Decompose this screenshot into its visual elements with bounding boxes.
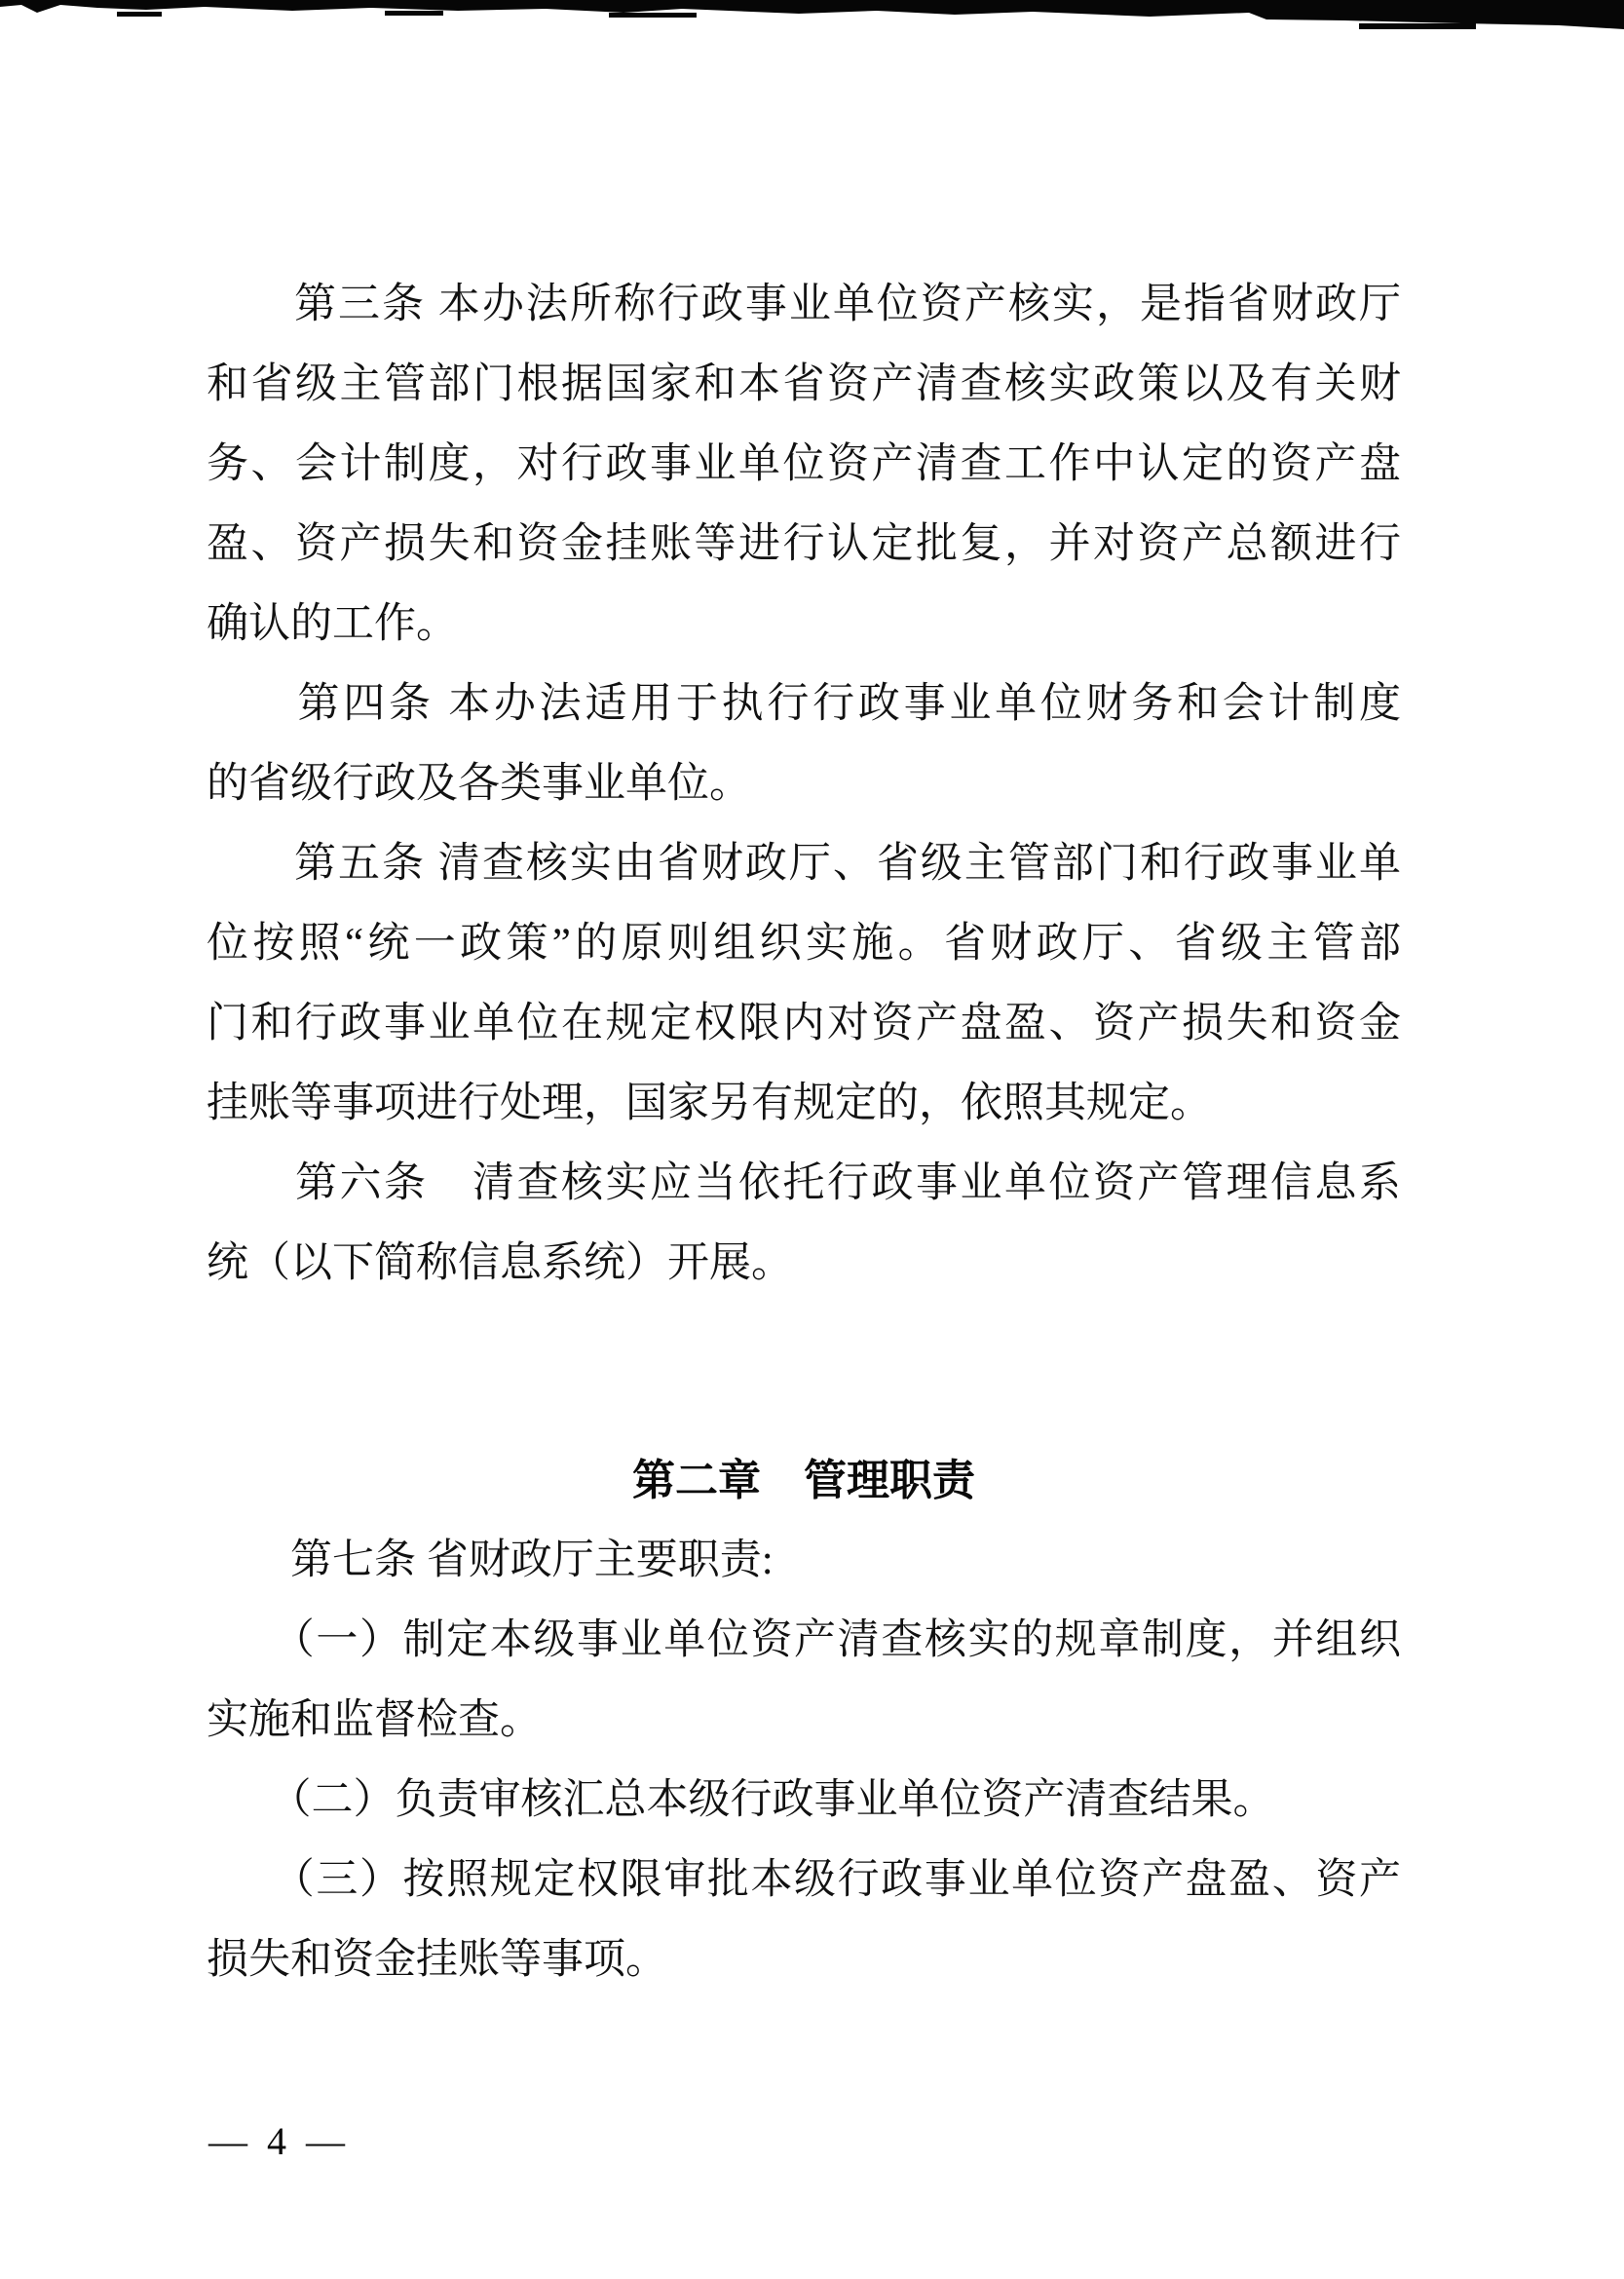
text-line: （二）负责审核汇总本级行政事业单位资产清查结果。: [207, 1761, 1401, 1841]
text-line: 的省级行政及各类事业单位。: [207, 744, 1401, 824]
text-line: 和省级主管部门根据国家和本省资产清查核实政策以及有关财: [207, 345, 1401, 425]
document-body: 第三条 本办法所称行政事业单位资产核实，是指省财政厅 和省级主管部门根据国家和本…: [207, 265, 1401, 2000]
page-number: — 4 —: [208, 2112, 345, 2171]
text-line: 损失和资金挂账等事项。: [207, 1920, 1401, 2000]
text-line: 第三条 本办法所称行政事业单位资产核实，是指省财政厅: [207, 265, 1401, 345]
text-line: 第七条 省财政厅主要职责:: [207, 1521, 1401, 1601]
text-line: 确认的工作。: [207, 585, 1401, 665]
text-line: 第四条 本办法适用于执行行政事业单位财务和会计制度: [207, 665, 1401, 744]
text-line: 位按照“统一政策”的原则组织实施。省财政厅、省级主管部: [207, 904, 1401, 984]
section-gap: [207, 1304, 1401, 1441]
text-line: （一）制定本级事业单位资产清查核实的规章制度，并组织: [207, 1601, 1401, 1681]
text-line: 第五条 清查核实由省财政厅、省级主管部门和行政事业单: [207, 824, 1401, 904]
text-line: 统（以下简称信息系统）开展。: [207, 1224, 1401, 1304]
text-line: 实施和监督检查。: [207, 1681, 1401, 1761]
chapter-heading: 第二章 管理职责: [207, 1441, 1401, 1521]
text-line: （三）按照规定权限审批本级行政事业单位资产盘盈、资产: [207, 1841, 1401, 1920]
scan-artifact-band: [0, 0, 1624, 39]
text-line: 挂账等事项进行处理，国家另有规定的，依照其规定。: [207, 1064, 1401, 1144]
text-line: 盈、资产损失和资金挂账等进行认定批复，并对资产总额进行: [207, 505, 1401, 585]
scanned-document-page: 第三条 本办法所称行政事业单位资产核实，是指省财政厅 和省级主管部门根据国家和本…: [0, 0, 1624, 2279]
text-line: 务、会计制度，对行政事业单位资产清查工作中认定的资产盘: [207, 425, 1401, 505]
text-line: 第六条 清查核实应当依托行政事业单位资产管理信息系: [207, 1144, 1401, 1224]
text-line: 门和行政事业单位在规定权限内对资产盘盈、资产损失和资金: [207, 984, 1401, 1064]
